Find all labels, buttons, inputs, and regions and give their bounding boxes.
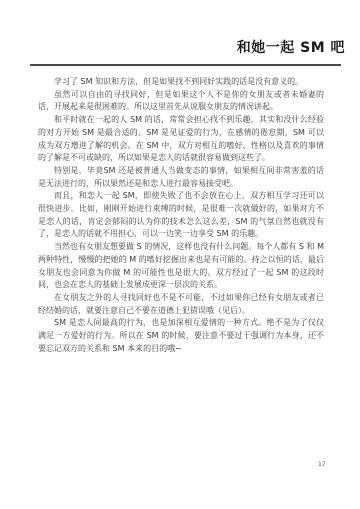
book-page: 和她一起 SM 吧 学习了 SM 知识和方法，但是如果找不到同好实践的话是没有意…: [0, 0, 360, 509]
paragraph: 特别是，毕竟SM 还是被普通人当做变态的事情，如果相互间非常害羞的话是无法进行的…: [38, 165, 324, 190]
body-text: 学习了 SM 知识和方法，但是如果找不到同好实践的话是没有意义的。虽然可以自由的…: [38, 76, 324, 355]
paragraph: SM 是恋人间最高的行为，也是加深相互爱情的一种方式。绝不是为了仅仅满足一方爱好…: [38, 317, 324, 355]
title-underline: [30, 64, 341, 66]
paragraph: 和平时就在一起的人 SM 的话，常常会担心找不到乐趣，其实和没什么经验的对方开始…: [38, 114, 324, 165]
paragraph: 在女朋友之外的人寻找同好也不是不可能，不过如果你已经有女朋友或者已经结婚的话，就…: [38, 292, 324, 317]
paragraph: 当然也有女朋友想要做 S 的情况，这样也没有什么问题。每个人都有 S 和 M 两…: [38, 241, 324, 292]
paragraph: 而且，和恋人一起 SM，即使失败了也不会放在心上，双方相互学习还可以很快进步。比…: [38, 190, 324, 241]
paragraph: 学习了 SM 知识和方法，但是如果找不到同好实践的话是没有意义的。: [38, 76, 324, 89]
page-title: 和她一起 SM 吧: [237, 37, 345, 57]
page-number: 17: [318, 461, 326, 468]
paragraph: 虽然可以自由的寻找同好，但是如果这个人不是你的女朋友或者未婚妻的话，开展起来是很…: [38, 89, 324, 114]
